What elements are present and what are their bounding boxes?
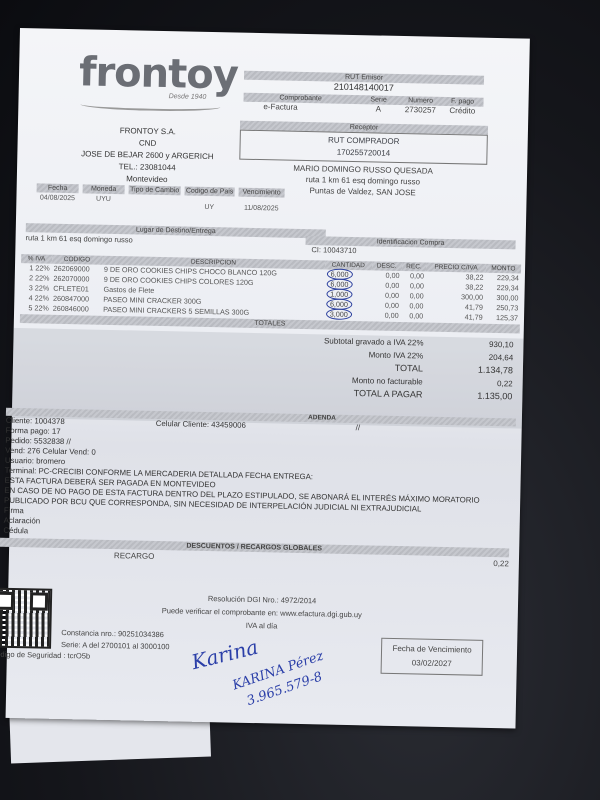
comprobante-serie: A <box>357 104 399 114</box>
fecha-vencimiento-box: Fecha de Vencimiento 03/02/2027 <box>381 638 484 676</box>
field-value: UYU <box>82 193 124 206</box>
cell-iva: 3 22% <box>20 283 51 294</box>
cell-rec: 0,00 <box>401 291 426 302</box>
adenda-section: ADENDA Cliente: 1004378 Celular Cliente:… <box>3 408 516 556</box>
field-moneda: MonedaUYU <box>82 184 125 212</box>
venc-value: 03/02/2027 <box>382 656 482 672</box>
cell-cantidad: 3,000 <box>324 309 371 320</box>
total-value: 0,22 <box>453 376 513 390</box>
field-label: Tipo de Cambio <box>129 185 181 195</box>
field-value: 04/08/2025 <box>36 192 78 205</box>
emisor-block: FRONTOY S.A. CND JOSE DE BEJAR 2600 y AR… <box>57 124 238 188</box>
field-label: Vencimiento <box>239 188 285 198</box>
recargo-label: RECARGO <box>114 551 155 561</box>
total-value: 1.135,00 <box>452 389 512 403</box>
invoice-paper: frontoy Desde 1940 FRONTOY S.A. CND JOSE… <box>6 28 530 729</box>
codigo-seguridad: Código de Seguridad : tcrO5b <box>0 650 90 661</box>
constancia-block: Constancia nro.: 90251034386 Serie: A de… <box>61 627 170 653</box>
field-value: UY <box>184 195 234 214</box>
venc-label: Fecha de Vencimiento <box>382 642 482 658</box>
logo-swoosh-icon <box>80 99 220 112</box>
cell-iva: 4 22% <box>20 293 51 304</box>
recargo-value: 0,22 <box>493 559 509 568</box>
rut-emisor-block: RUT Emisor 210148140017 Comprobante Seri… <box>243 71 484 116</box>
items-table: % IVA CODIGO DESCRIPCION CANTIDAD DESC. … <box>20 254 521 323</box>
totals-block: Subtotal gravado a IVA 22%930,10 Monto I… <box>272 333 513 403</box>
cell-iva: 1 22% <box>21 263 52 274</box>
items-body: 1 22%2620690009 DE ORO COOKIES CHIPS CHO… <box>20 263 521 323</box>
field-codigo-pais: Codigo de PaisUY <box>184 186 235 214</box>
cell-precio: 41,79 <box>425 312 485 323</box>
cell-monto: 125,37 <box>485 313 521 324</box>
cell-rec: 0,00 <box>401 301 426 312</box>
rut-comprador-box: RUT COMPRADOR 170255720014 <box>239 130 488 165</box>
cell-desc: 0,00 <box>371 300 401 311</box>
field-tipo-cambio: Tipo de Cambio <box>128 185 181 213</box>
cell-desc: 0,00 <box>371 290 401 301</box>
circled-quantity: 3,000 <box>326 308 352 320</box>
field-vencimiento: Vencimiento11/08/2025 <box>238 188 285 216</box>
signature-scribble: Karina <box>189 635 260 674</box>
cell-desc: 0,00 <box>371 280 401 291</box>
total-value: 204,64 <box>453 350 513 364</box>
cell-iva: 2 22% <box>21 273 52 284</box>
logo-tagline: Desde 1940 <box>169 93 207 101</box>
identificacion-compra: Identificacion Compra CI: 10043710 <box>305 236 515 258</box>
cell-rec: 0,00 <box>401 281 426 292</box>
comprobante-fpago: Crédito <box>441 106 483 116</box>
cell-rec: 0,00 <box>401 311 426 322</box>
qr-code-icon <box>0 588 52 649</box>
field-fecha: Fecha04/08/2025 <box>36 183 79 211</box>
resolution-block: Resolución DGI Nro.: 4972/2014 Puede ver… <box>141 591 382 635</box>
frontoy-logo: frontoy <box>79 49 239 98</box>
cell-iva: 5 22% <box>20 303 51 314</box>
cell-rec: 0,00 <box>401 271 426 282</box>
total-value: 930,10 <box>453 337 513 351</box>
header-fields: Fecha04/08/2025 MonedaUYU Tipo de Cambio… <box>36 183 285 215</box>
cell-desc: 0,00 <box>371 270 401 281</box>
cell-desc: 0,00 <box>371 310 401 321</box>
comprobante-tipo: e-Factura <box>243 102 357 113</box>
total-value: 1.134,78 <box>453 363 513 377</box>
comprobante-numero: 2730257 <box>399 105 441 115</box>
field-label: Codigo de Pais <box>185 186 235 196</box>
cell-codigo: 260846000 <box>51 304 102 315</box>
field-value: 11/08/2025 <box>238 197 284 216</box>
col-rec: REC. <box>402 262 427 272</box>
footer: Resolución DGI Nro.: 4972/2014 Puede ver… <box>0 588 512 599</box>
